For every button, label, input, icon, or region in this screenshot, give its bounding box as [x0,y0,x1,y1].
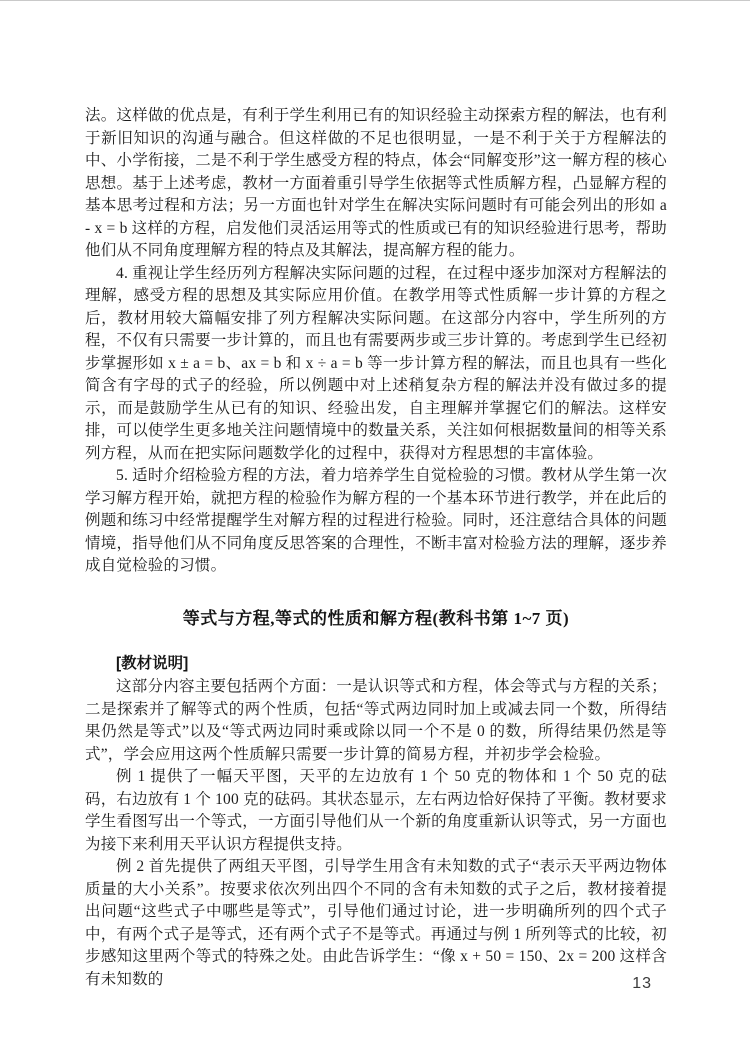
document-text-block: 法。这样做的优点是，有利于学生利用已有的知识经验主动探索方程的解法，也有利于新旧… [85,105,667,991]
paragraph-overview: 这部分内容主要包括两个方面：一是认识等式和方程，体会等式与方程的关系；二是探索并… [85,676,667,766]
page-number: 13 [632,975,652,993]
paragraph-item-4: 4. 重视让学生经历列方程解决实际问题的过程，在过程中逐步加深对方程解法的理解，… [85,263,667,466]
section-title: 等式与方程,等式的性质和解方程(教科书第 1~7 页) [85,604,667,629]
paragraph-item-5: 5. 适时介绍检验方程的方法，着力培养学生自觉检验的习惯。教材从学生第一次学习解… [85,465,667,578]
subsection-label: [教材说明] [85,653,667,676]
paragraph-example-1: 例 1 提供了一幅天平图，天平的左边放有 1 个 50 克的物体和 1 个 50… [85,766,667,856]
scan-top-edge [0,0,750,1]
paragraph-continuation: 法。这样做的优点是，有利于学生利用已有的知识经验主动探索方程的解法，也有利于新旧… [85,105,667,263]
paragraph-example-2: 例 2 首先提供了两组天平图，引导学生用含有未知数的式子“表示天平两边物体质量的… [85,856,667,991]
